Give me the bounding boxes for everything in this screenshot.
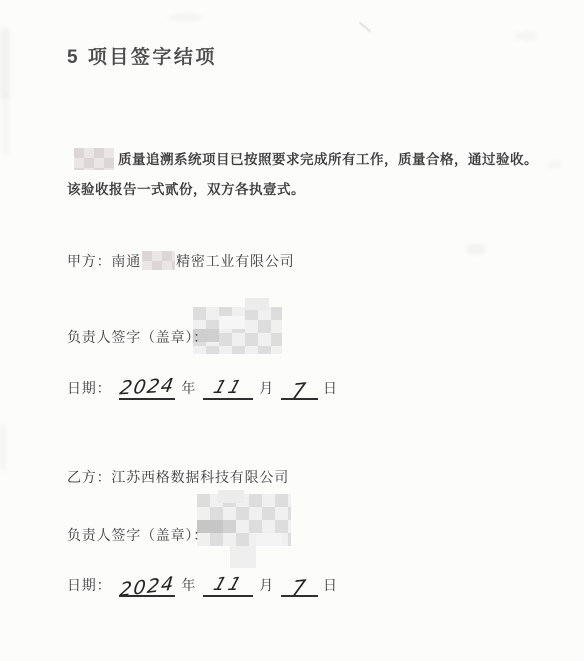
date-label: 日期： xyxy=(67,378,111,400)
handwritten-day: 7 xyxy=(291,577,308,599)
month-unit: 月 xyxy=(259,575,274,597)
scan-artifact xyxy=(0,28,10,98)
party-a-label: 甲方： xyxy=(67,255,111,270)
day-unit: 日 xyxy=(323,575,338,597)
handwritten-year: 2024 xyxy=(119,575,176,600)
party-a-company-suffix: 精密工业有限公司 xyxy=(176,255,294,270)
paragraph-line-1: 质量追溯系统项目已按照要求完成所有工作，质量合格，通过验收。 xyxy=(67,145,547,175)
day-unit: 日 xyxy=(323,378,338,400)
party-a-company-prefix: 南通 xyxy=(111,255,141,270)
month-unit: 月 xyxy=(259,378,274,400)
scanned-document-page: 5 项目签字结项 质量追溯系统项目已按照要求完成所有工作，质量合格，通过验收。 … xyxy=(0,0,584,661)
handwritten-month: 11 xyxy=(211,576,246,594)
section-heading: 5 项目签字结项 xyxy=(67,42,217,69)
date-label: 日期： xyxy=(67,575,111,597)
party-a-signer-line: 负责人签字（盖章）： xyxy=(67,327,208,347)
party-b-signer-line: 负责人签字（盖章）： xyxy=(67,525,208,545)
handwritten-year: 2024 xyxy=(118,377,176,399)
party-b-signature-redaction xyxy=(197,494,291,546)
paragraph-line-1-text: 质量追溯系统项目已按照要求完成所有工作，质量合格，通过验收。 xyxy=(118,152,538,167)
mosaic-cell xyxy=(245,298,269,310)
month-blank-underline: 11 xyxy=(203,374,253,400)
acceptance-paragraph: 质量追溯系统项目已按照要求完成所有工作，质量合格，通过验收。 该验收报告一式贰份… xyxy=(67,145,547,205)
redacted-company-mosaic xyxy=(142,251,175,270)
year-blank-underline: 2024 xyxy=(119,374,175,400)
mosaic-cell xyxy=(256,533,282,546)
year-unit: 年 xyxy=(181,575,196,597)
party-a-company-line: 甲方：南通精密工业有限公司 xyxy=(67,251,294,272)
party-b-date-line: 日期： 2024 年 11 月 7 日 xyxy=(67,571,338,597)
scan-artifact xyxy=(516,30,538,42)
scan-artifact xyxy=(0,423,6,471)
handwritten-month: 11 xyxy=(211,379,246,397)
year-unit: 年 xyxy=(181,378,196,400)
paragraph-line-2: 该验收报告一式贰份，双方各执壹式。 xyxy=(67,175,547,205)
party-b-company-line: 乙方：江苏西格数据科技有限公司 xyxy=(67,467,289,487)
year-blank-underline: 2024 xyxy=(119,571,175,597)
mosaic-cell xyxy=(223,520,236,533)
scan-artifact xyxy=(359,22,371,33)
party-b-company: 江苏西格数据科技有限公司 xyxy=(111,471,289,486)
month-blank-underline: 11 xyxy=(203,571,253,597)
scan-artifact xyxy=(168,13,202,22)
redacted-name-mosaic xyxy=(74,148,114,170)
day-blank-underline: 7 xyxy=(281,571,318,597)
day-blank-underline: 7 xyxy=(281,374,318,400)
party-b-label: 乙方： xyxy=(67,471,111,486)
handwritten-day: 7 xyxy=(291,380,308,402)
party-a-date-line: 日期： 2024 年 11 月 7 日 xyxy=(67,374,338,400)
scan-artifact xyxy=(2,95,9,155)
mosaic-cell xyxy=(218,490,244,503)
scan-artifact xyxy=(466,244,486,255)
mosaic-cell xyxy=(219,316,245,329)
mosaic-cell xyxy=(230,546,256,568)
scan-artifact xyxy=(548,160,562,169)
